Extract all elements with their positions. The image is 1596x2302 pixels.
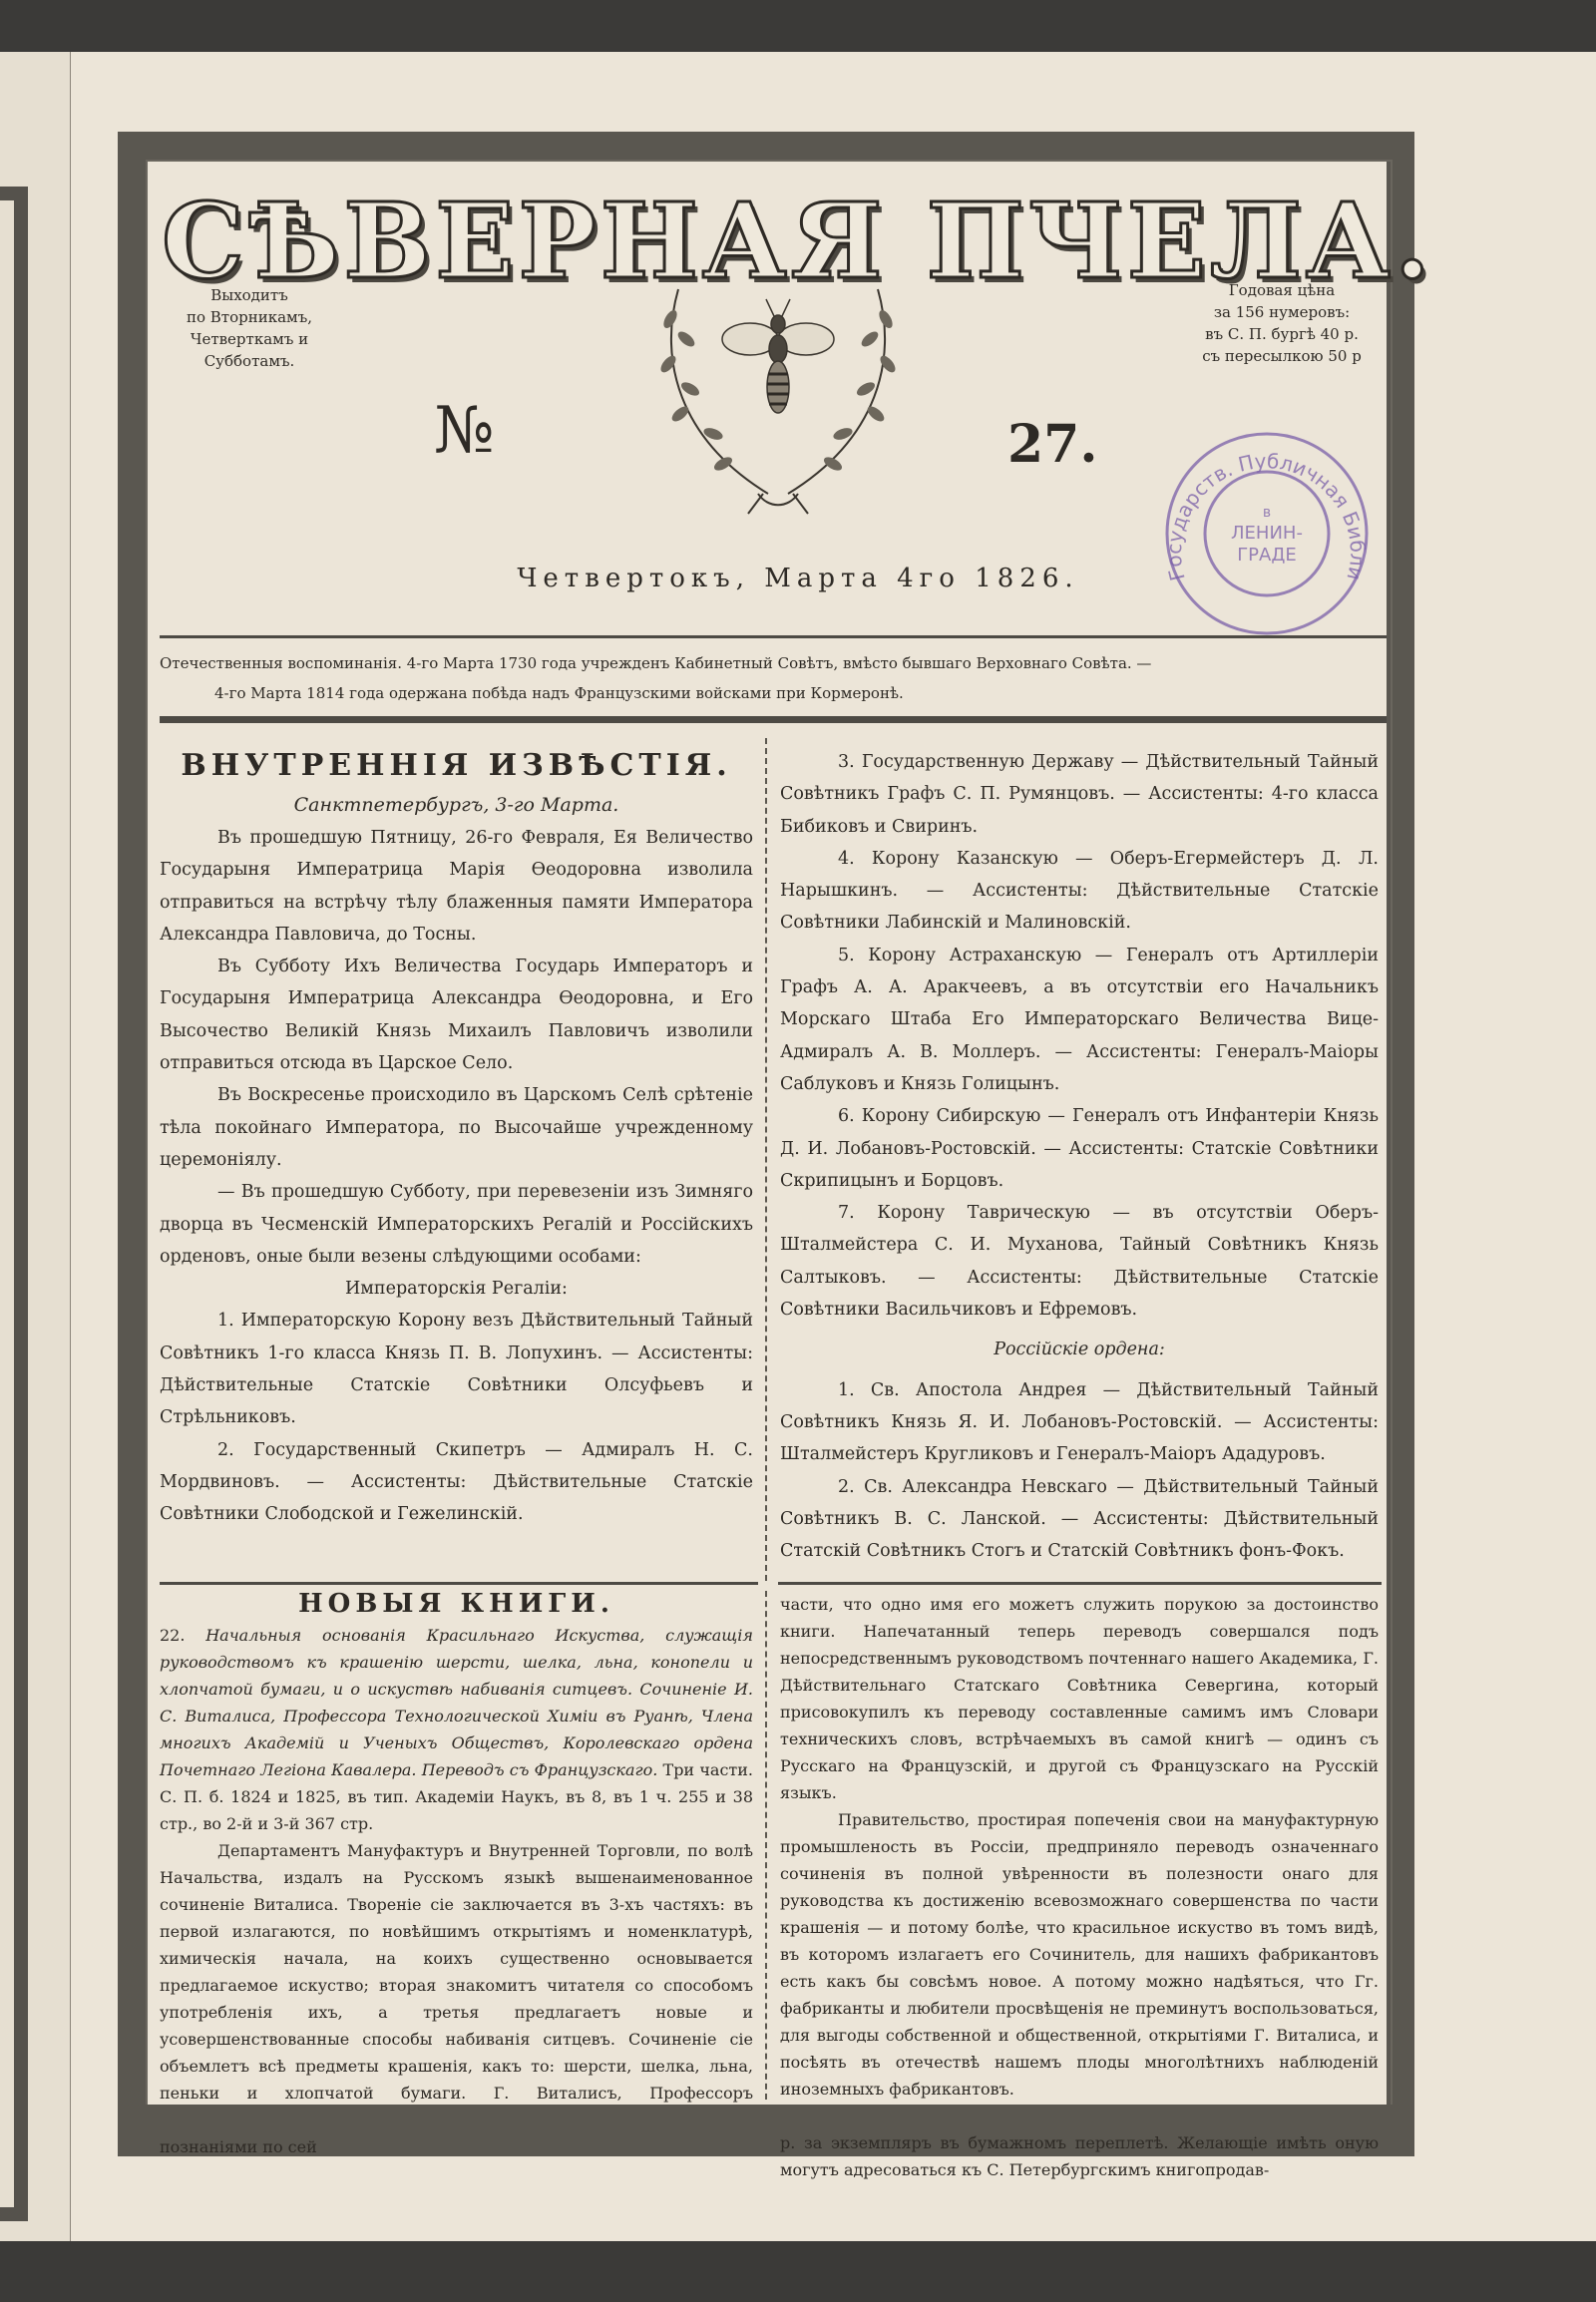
national-memories: Отечественныя воспоминанія. 4-го Марта 1… [160, 648, 1387, 708]
internal-news-column-left: ВНУТРЕННІЯ ИЗВѢСТІЯ. Санктпетербургъ, 3-… [160, 744, 753, 1531]
memories-line-2: 4-го Марта 1814 года одержана побѣда над… [160, 678, 1387, 708]
internal-news-heading: ВНУТРЕННІЯ ИЗВѢСТІЯ. [160, 744, 753, 788]
regalia-item: 7. Корону Таврическую — въ отсутствіи Об… [780, 1197, 1379, 1326]
page-border-bottom [118, 2105, 1414, 2134]
subscription-price: Годовая цѣна за 156 нумеровъ: въ С. П. б… [1177, 279, 1387, 367]
book-entry-title: Начальныя основанія Красильнаго Искуства… [160, 1626, 753, 1779]
rule-new-books-left [160, 1582, 758, 1585]
price-line: Годовая цѣна [1177, 279, 1387, 301]
book-review-paragraph: Правительство, простирая попеченія свои … [780, 1806, 1379, 2103]
previous-page-border [0, 187, 28, 2221]
internal-news-dateline: Санктпетербургъ, 3-го Марта. [160, 788, 753, 822]
schedule-line: Выходитъ [165, 284, 334, 306]
memories-line-1: Отечественныя воспоминанія. 4-го Марта 1… [160, 654, 1151, 672]
rule-new-books-right [778, 1582, 1382, 1585]
price-line: съ пересылкою 50 р [1177, 345, 1387, 367]
regalia-item: 5. Корону Астраханскую — Генералъ отъ Ар… [780, 940, 1379, 1100]
column-divider-top [765, 738, 767, 1581]
regalia-heading: Императорскія Регаліи: [160, 1273, 753, 1305]
news-paragraph: Въ прошедшую Пятницу, 26-го Февраля, Ея … [160, 822, 753, 951]
news-paragraph: Въ Субботу Ихъ Величества Государь Импер… [160, 951, 753, 1079]
book-entry: 22. Начальныя основанія Красильнаго Иску… [160, 1622, 753, 1837]
book-review-paragraph: части, что одно имя его можетъ служить п… [780, 1591, 1379, 1806]
book-entry-number: 22. [160, 1626, 185, 1645]
regalia-item: 3. Государственную Державу — Дѣйствитель… [780, 746, 1379, 843]
schedule-line: Четверткамъ и [165, 328, 334, 350]
previous-page-edge [0, 52, 71, 2241]
column-divider-bottom [765, 1591, 767, 2100]
internal-news-column-right: 3. Государственную Державу — Дѣйствитель… [780, 746, 1379, 1567]
new-books-column-right: части, что одно имя его можетъ служить п… [780, 1591, 1379, 2183]
news-paragraph: — Въ прошедшую Субботу, при перевезеніи … [160, 1176, 753, 1273]
rule-above-columns [160, 716, 1387, 723]
schedule-line: по Вторникамъ, [165, 306, 334, 328]
stamp-inner-line: в [1263, 505, 1271, 521]
library-stamp-icon: в ЛЕНИН- ГРАДЕ Государств. Публичная Биб… [1157, 429, 1377, 638]
order-item: 2. Св. Александра Невскаго — Дѣйствитель… [780, 1471, 1379, 1568]
rule-below-dateline [160, 635, 1387, 638]
issue-dateline: Четвертокъ, Марта 4го 1826. [0, 564, 1596, 593]
issue-number: 27. [1007, 414, 1097, 475]
new-books-column-left: НОВЫЯ КНИГИ. 22. Начальныя основанія Кра… [160, 1586, 753, 2160]
schedule-line: Субботамъ. [165, 350, 334, 372]
news-paragraph: Въ Воскресенье происходило въ Царскомъ С… [160, 1079, 753, 1176]
price-line: въ С. П. бургѣ 40 р. [1177, 323, 1387, 345]
publication-schedule: Выходитъ по Вторникамъ, Четверткамъ и Су… [165, 284, 334, 372]
bee-wreath-icon [638, 269, 918, 519]
regalia-item: 4. Корону Казанскую — Оберъ-Егермейстеръ… [780, 843, 1379, 940]
stamp-inner-line: ГРАДЕ [1237, 545, 1297, 566]
regalia-item: 2. Государственный Скипетръ — Адмиралъ Н… [160, 1434, 753, 1531]
regalia-item: 6. Корону Сибирскую — Генералъ отъ Инфан… [780, 1100, 1379, 1197]
order-item: 1. Св. Апостола Андрея — Дѣйствительный … [780, 1374, 1379, 1471]
price-line: за 156 нумеровъ: [1177, 301, 1387, 323]
new-books-heading: НОВЫЯ КНИГИ. [160, 1586, 753, 1622]
numero-sign: № [434, 394, 495, 468]
regalia-item: 1. Императорскую Корону везъ Дѣйствитель… [160, 1305, 753, 1433]
stamp-inner-line: ЛЕНИН- [1231, 523, 1303, 544]
orders-heading: Россійскіе ордена: [780, 1334, 1379, 1365]
